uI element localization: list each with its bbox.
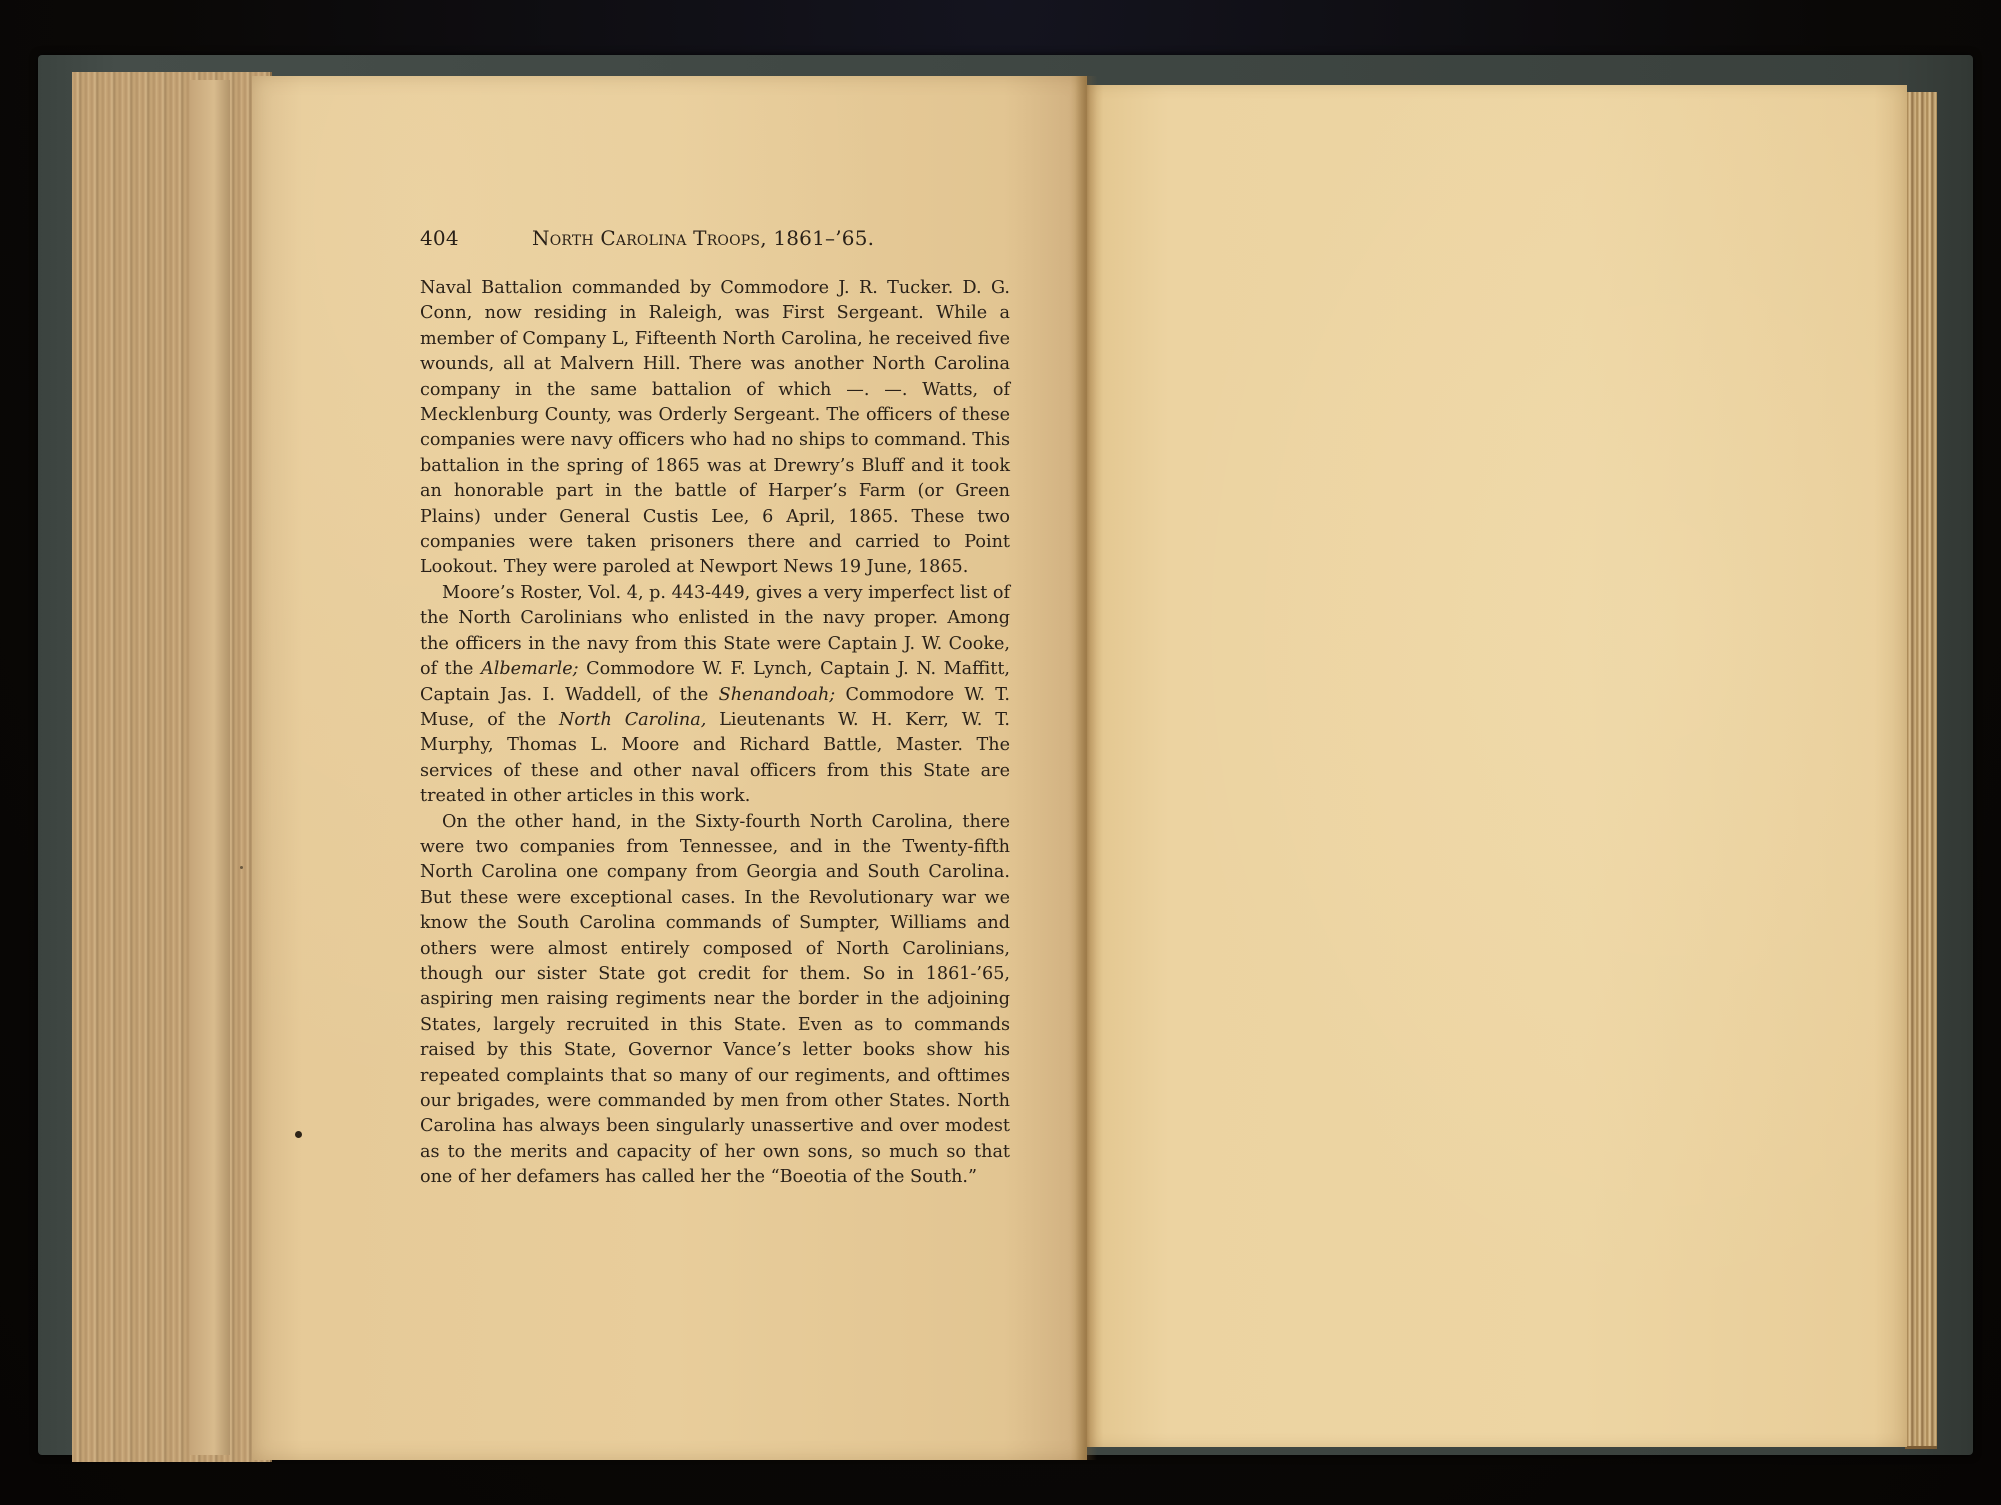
right-page-stack-edge: [1905, 92, 1937, 1449]
left-page-stack-edge: [72, 72, 272, 1462]
right-page-blank: [1087, 85, 1907, 1447]
running-head: 404 North Carolina Troops, 1861–’65.: [420, 226, 1010, 266]
book-scan-scene: 404 North Carolina Troops, 1861–’65. Nav…: [0, 0, 2001, 1505]
italic-title: Shenandoah;: [719, 685, 836, 705]
left-page-stack-inner: [190, 80, 230, 1455]
paper-speck: [295, 1131, 302, 1138]
italic-title: Albemarle;: [481, 659, 579, 679]
text-run: Naval Battalion commanded by Commodore J…: [420, 278, 1010, 577]
italic-title: North Carolina,: [559, 710, 706, 730]
left-page-text-block: 404 North Carolina Troops, 1861–’65. Nav…: [420, 226, 1010, 1191]
paragraph: Naval Battalion commanded by Commodore J…: [420, 276, 1010, 581]
running-head-title: North Carolina Troops, 1861–’65.: [532, 226, 874, 250]
paper-speck: [240, 866, 243, 869]
paragraph: Moore’s Roster, Vol. 4, p. 443-449, give…: [420, 581, 1010, 810]
body-text: Naval Battalion commanded by Commodore J…: [420, 276, 1010, 1191]
paragraph: On the other hand, in the Sixty-fourth N…: [420, 810, 1010, 1191]
text-run: On the other hand, in the Sixty-fourth N…: [420, 812, 1010, 1188]
book-gutter: [1075, 76, 1097, 1460]
page-number: 404: [420, 226, 532, 250]
